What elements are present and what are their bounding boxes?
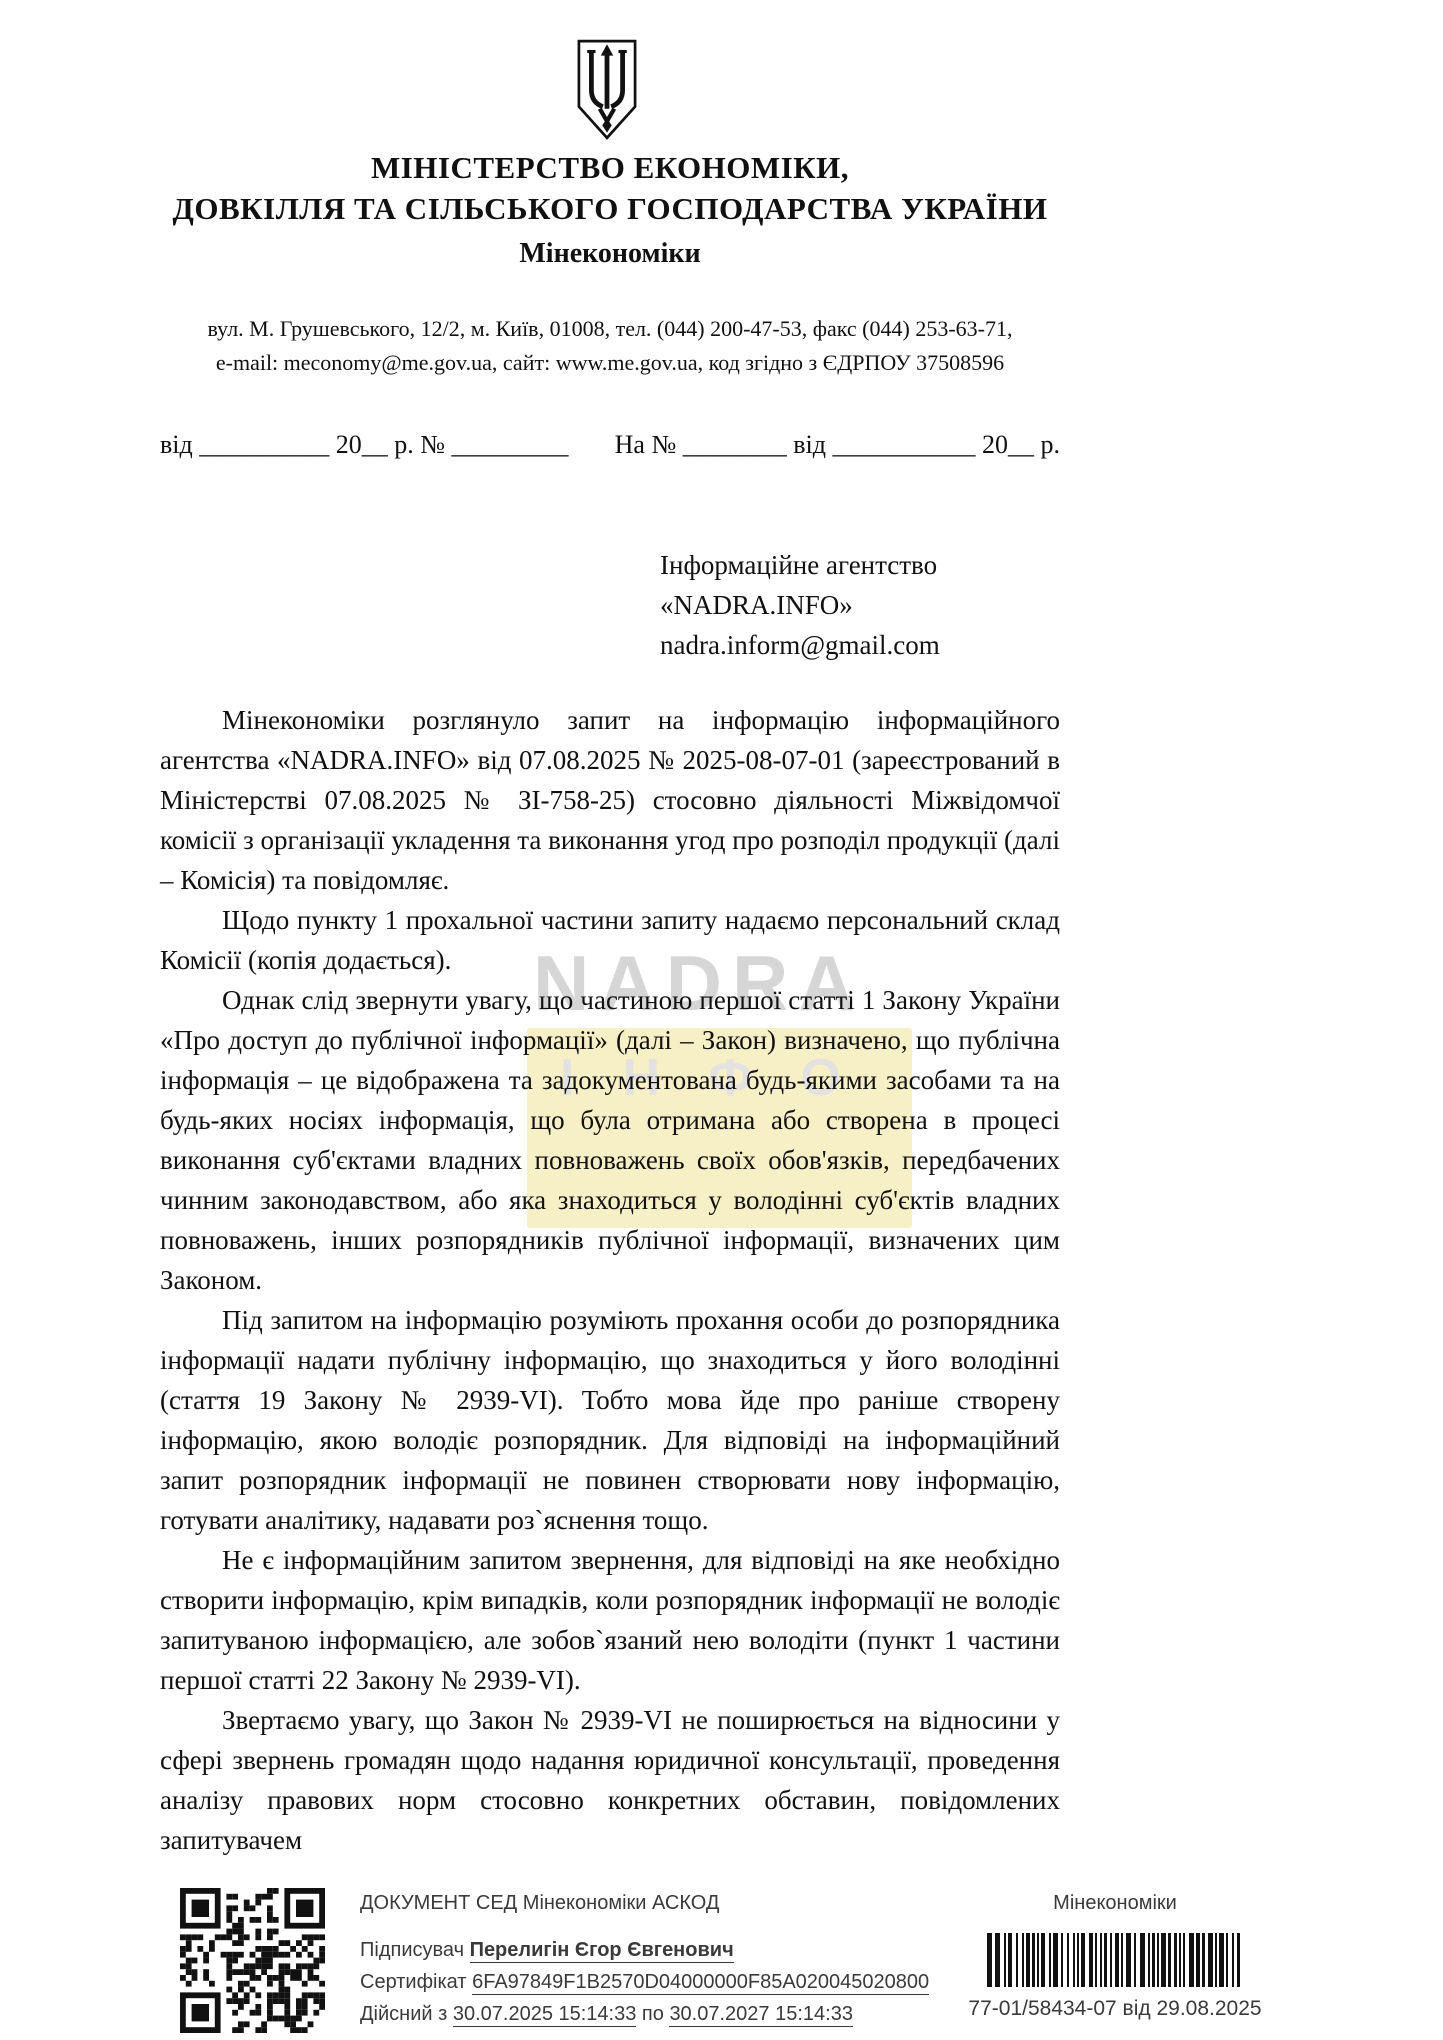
paragraph: Однак слід звернути увагу, що частиною п… <box>160 980 1060 1300</box>
ministry-address-line1: вул. М. Грушевського, 12/2, м. Київ, 010… <box>160 316 1060 342</box>
ministry-short-name: Мінекономіки <box>160 238 1060 270</box>
paragraph: Під запитом на інформацію розуміють прох… <box>160 1300 1060 1540</box>
signer-label: Підписувач <box>360 1939 464 1961</box>
recipient-email: nadra.inform@gmail.com <box>660 625 940 665</box>
reference-line: від __________ 20__ р. № _________ На № … <box>160 430 1060 460</box>
ministry-address-line2: e-mail: meconomy@me.gov.ua, сайт: www.me… <box>160 350 1060 376</box>
validity-label: Дійсний з <box>360 2003 447 2025</box>
outgoing-ref-blanks: від __________ 20__ р. № _________ <box>160 430 569 460</box>
registration-block: Мінекономіки 77-01/58434-07 від 29.08.20… <box>960 1892 1270 2021</box>
registration-org: Мінекономіки <box>960 1892 1270 1915</box>
paragraph: Мінекономіки розглянуло запит на інформа… <box>160 700 1060 900</box>
paragraph: Не є інформаційним запитом звернення, дл… <box>160 1540 1060 1700</box>
paragraph: Щодо пункту 1 прохальної частини запиту … <box>160 900 1060 980</box>
paragraph: Звертаємо увагу, що Закон № 2939-VI не п… <box>160 1700 1060 1860</box>
document-page: МІНІСТЕРСТВО ЕКОНОМІКИ, ДОВКІЛЛЯ ТА СІЛЬ… <box>0 0 1443 2040</box>
signature-block: ДОКУМЕНТ СЕД Мінекономіки АСКОД Підписув… <box>360 1892 929 2035</box>
recipient-org: Інформаційне агентство <box>660 545 940 585</box>
registration-number: 77-01/58434-07 від 29.08.2025 <box>960 1997 1270 2021</box>
validity-to: 30.07.2027 15:14:33 <box>669 2003 853 2027</box>
recipient-name: «NADRA.INFO» <box>660 585 940 625</box>
validity-from: 30.07.2025 15:14:33 <box>453 2003 637 2027</box>
signer-name: Перелигін Єгор Євгенович <box>470 1939 734 1963</box>
validity-separator: по <box>642 2003 664 2025</box>
qr-code <box>180 1888 325 2033</box>
letter-body: Мінекономіки розглянуло запит на інформа… <box>160 700 1060 1860</box>
recipient-block: Інформаційне агентство «NADRA.INFO» nadr… <box>660 545 940 665</box>
certificate-label: Сертифікат <box>360 1971 467 1993</box>
sed-system-line: ДОКУМЕНТ СЕД Мінекономіки АСКОД <box>360 1892 929 1915</box>
barcode <box>987 1933 1243 1987</box>
ministry-title-line2: ДОВКІЛЛЯ ТА СІЛЬСЬКОГО ГОСПОДАРСТВА УКРА… <box>160 191 1060 227</box>
incoming-ref-blanks: На № ________ від ___________ 20__ р. <box>615 430 1060 460</box>
ministry-title-line1: МІНІСТЕРСТВО ЕКОНОМІКИ, <box>160 150 1060 186</box>
certificate-value: 6FA97849F1B2570D04000000F85A020045020800 <box>472 1971 929 1995</box>
ukraine-trident-emblem-icon <box>572 38 642 142</box>
